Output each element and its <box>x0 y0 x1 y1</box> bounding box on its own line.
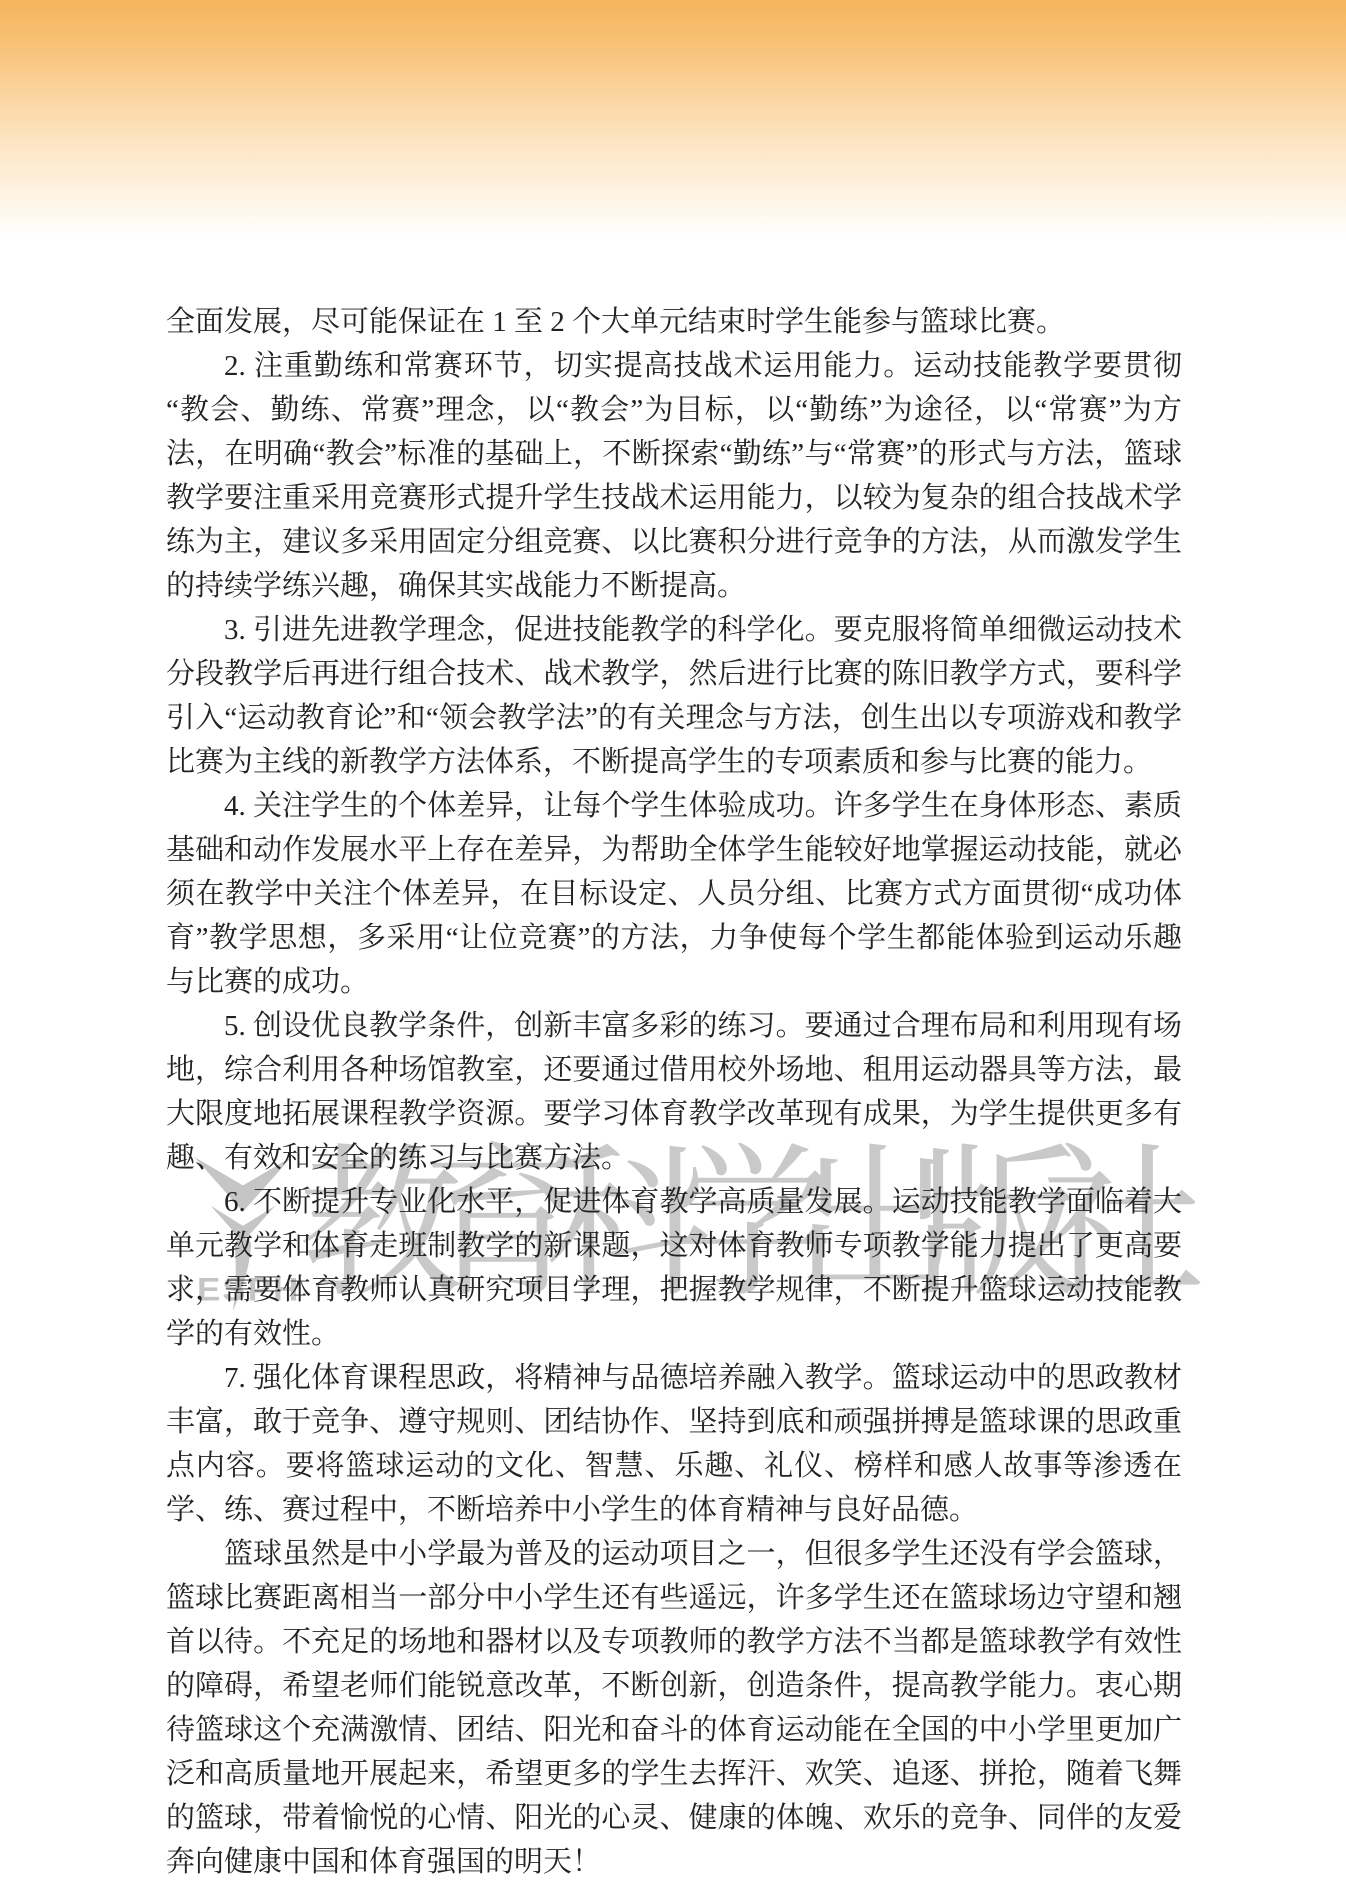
book-page: ESPH 教育科学出版社 全面发展，尽可能保证在 1 至 2 个大单元结束时学生… <box>0 0 1346 1885</box>
paragraph: 5. 创设优良教学条件，创新丰富多彩的练习。要通过合理布局和利用现有场地，综合利… <box>166 1004 1182 1180</box>
article-text: 全面发展，尽可能保证在 1 至 2 个大单元结束时学生能参与篮球比赛。 2. 注… <box>166 300 1182 1884</box>
paragraph: 2. 注重勤练和常赛环节，切实提高技战术运用能力。运动技能教学要贯彻“教会、勤练… <box>166 344 1182 608</box>
paragraph: 篮球虽然是中小学最为普及的运动项目之一，但很多学生还没有学会篮球，篮球比赛距离相… <box>166 1532 1182 1884</box>
paragraph: 7. 强化体育课程思政，将精神与品德培养融入教学。篮球运动中的思政教材丰富，敢于… <box>166 1356 1182 1532</box>
paragraph: 6. 不断提升专业化水平，促进体育教学高质量发展。运动技能教学面临着大单元教学和… <box>166 1180 1182 1356</box>
paragraph: 4. 关注学生的个体差异，让每个学生体验成功。许多学生在身体形态、素质基础和动作… <box>166 784 1182 1004</box>
paragraph: 全面发展，尽可能保证在 1 至 2 个大单元结束时学生能参与篮球比赛。 <box>166 300 1182 344</box>
page-header-gradient <box>0 0 1346 238</box>
paragraph: 3. 引进先进教学理念，促进技能教学的科学化。要克服将简单细微运动技术分段教学后… <box>166 608 1182 784</box>
